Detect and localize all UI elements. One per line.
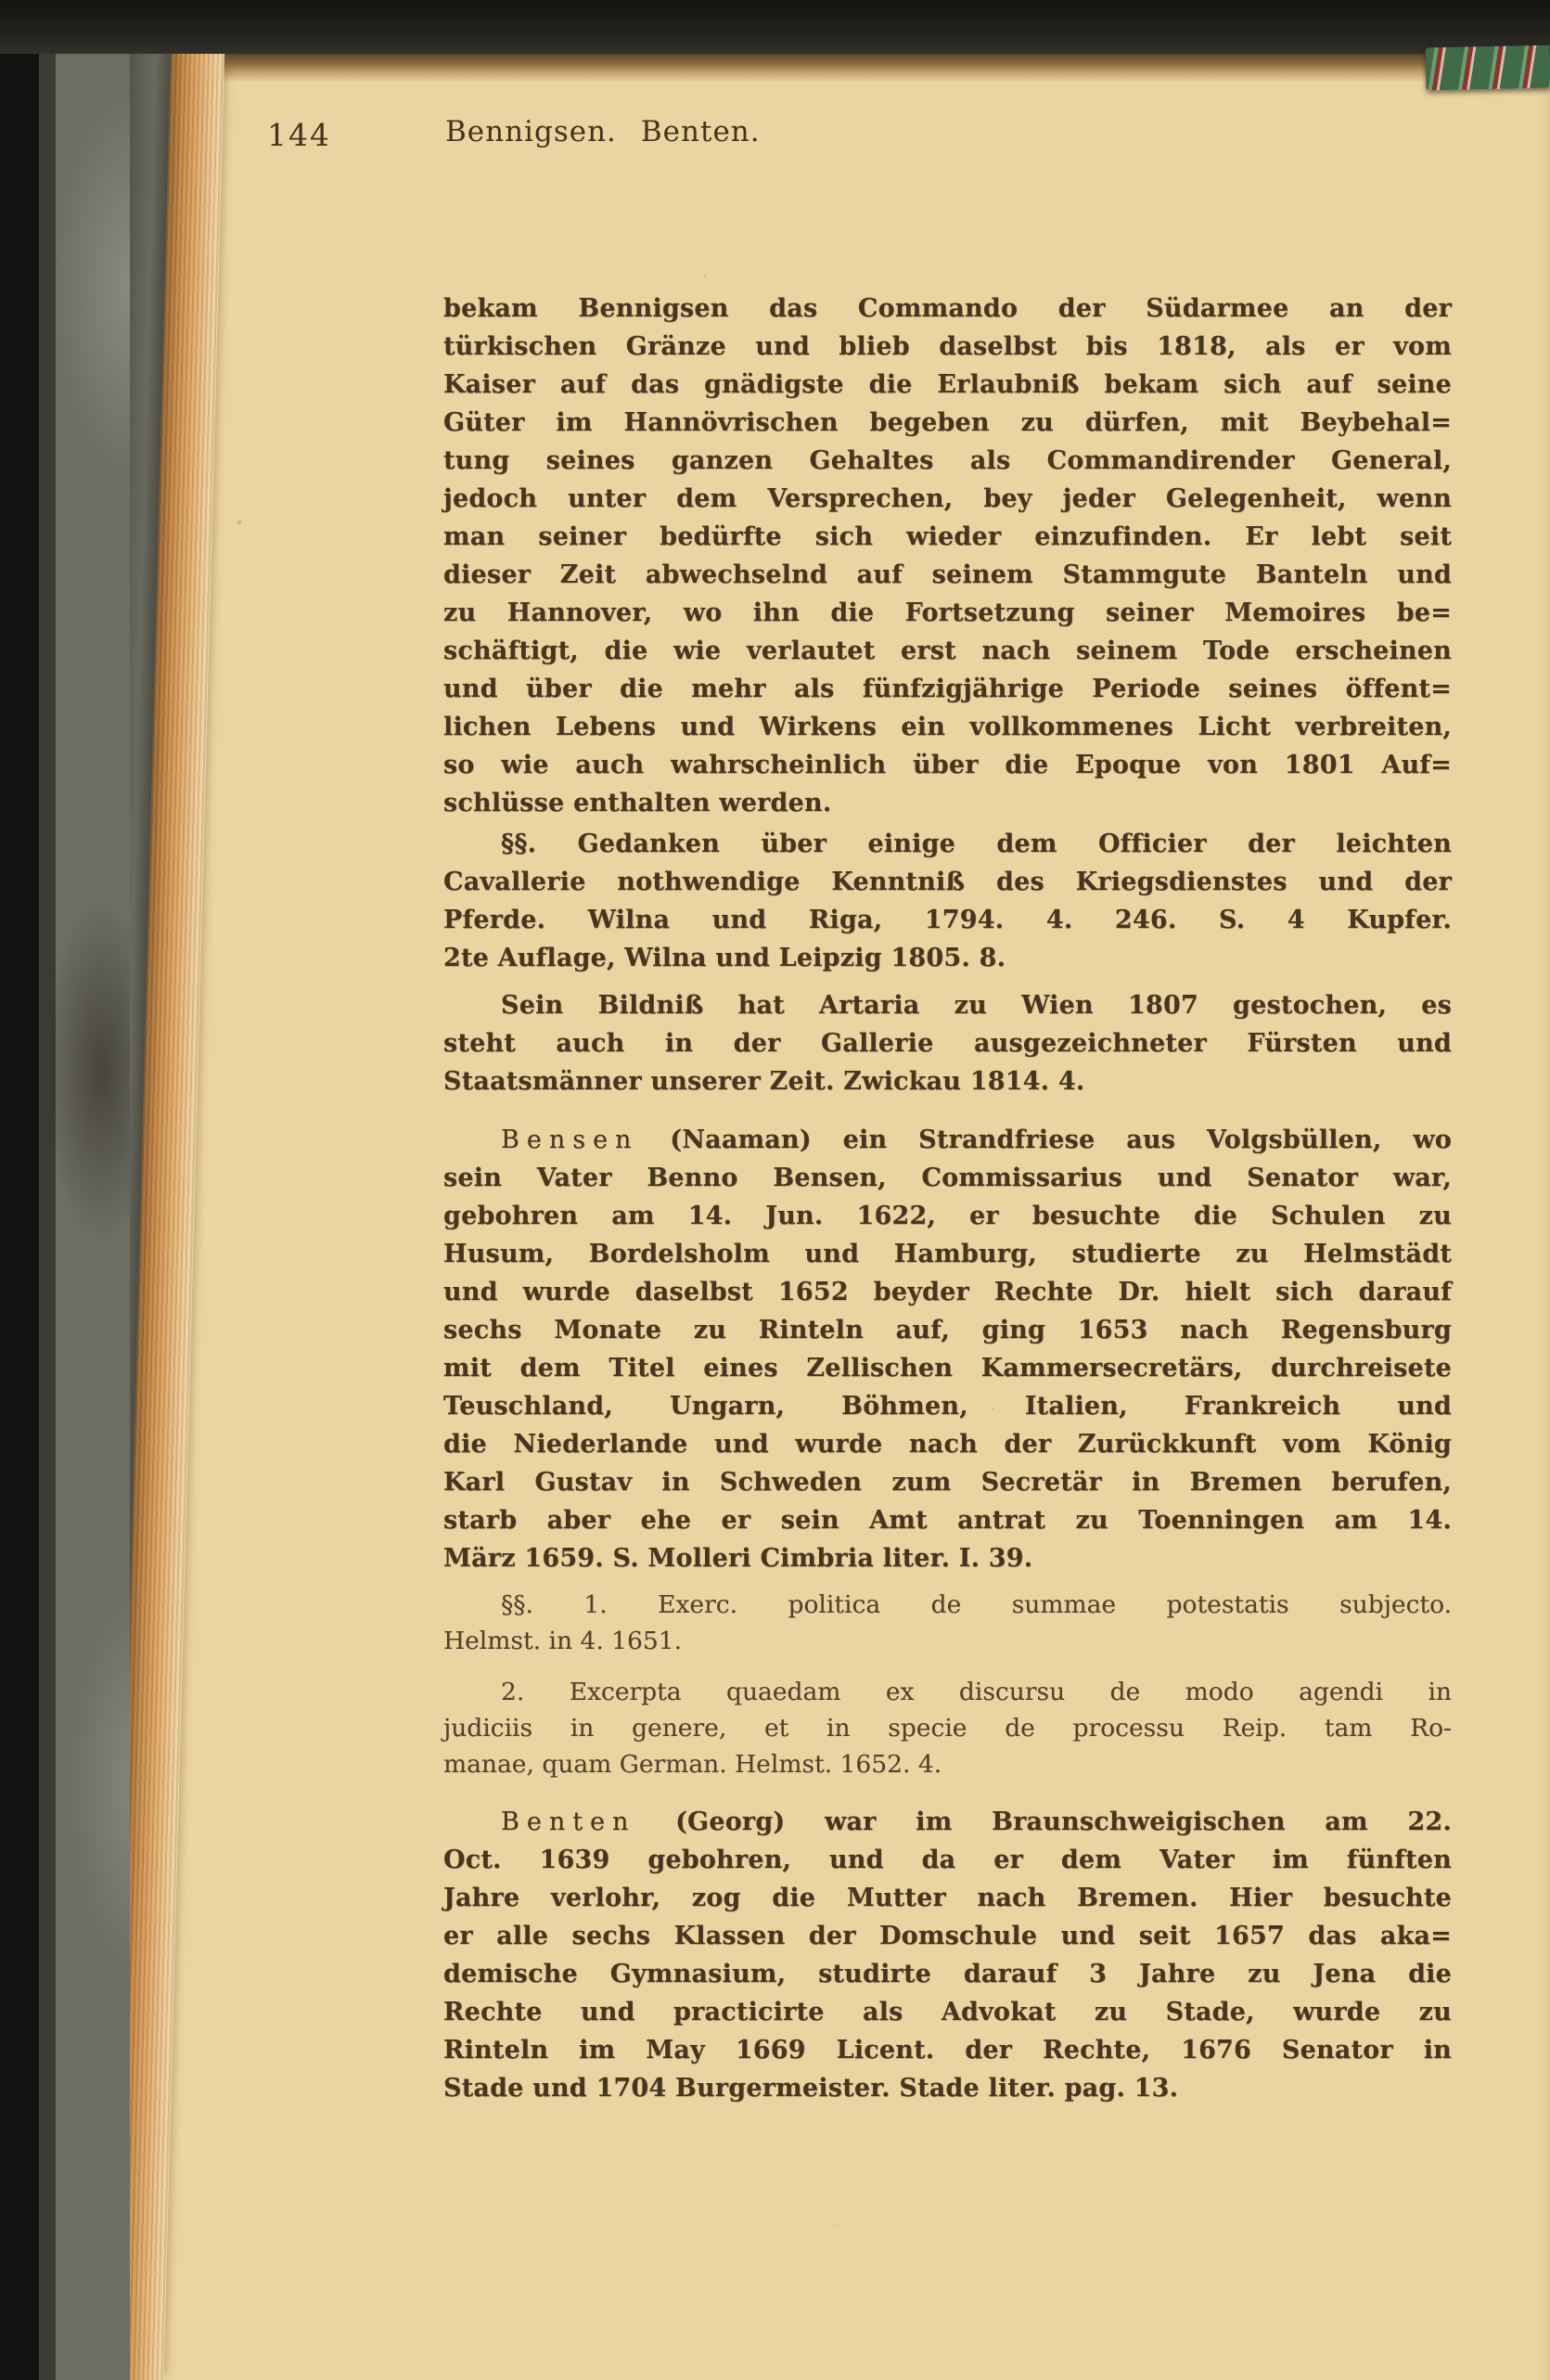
page-top-edge: [165, 54, 1550, 82]
text-line: §§. Gedanken über einige dem Officier de…: [443, 825, 1452, 863]
paragraph: bekam Bennigsen das Commando der Südarme…: [443, 289, 1452, 822]
text-line: die Niederlande und wurde nach der Zurüc…: [443, 1425, 1452, 1463]
book-page: 144 Bennigsen. Benten. bekam Bennigsen d…: [130, 54, 1550, 2380]
text-line: Sein Bildniß hat Artaria zu Wien 1807 ge…: [443, 986, 1452, 1024]
background-top-band: [0, 0, 1550, 54]
paragraph: Sein Bildniß hat Artaria zu Wien 1807 ge…: [443, 986, 1452, 1100]
text-line: 2te Auflage, Wilna und Leipzig 1805. 8.: [443, 939, 1452, 977]
text-line: Pferde. Wilna und Riga, 1794. 4. 246. S.…: [443, 901, 1452, 939]
text-line: lichen Lebens und Wirkens ein vollkommen…: [443, 708, 1452, 746]
text-line: dieser Zeit abwechselnd auf seinem Stamm…: [443, 556, 1452, 594]
text-line: Güter im Hannövrischen begeben zu dürfen…: [443, 404, 1452, 442]
text-line: starb aber ehe er sein Amt antrat zu Toe…: [443, 1501, 1452, 1539]
paragraph: Bensen (Naaman) ein Strandfriese aus Vol…: [443, 1121, 1452, 1577]
paragraph: §§. 1. Exerc. politica de summae potesta…: [443, 1587, 1452, 1659]
text-line: Kaiser auf das gnädigste die Erlaubniß b…: [443, 366, 1452, 404]
page-number: 144: [267, 117, 331, 153]
text-line: steht auch in der Gallerie ausgezeichnet…: [443, 1024, 1452, 1062]
text-line: zu Hannover, wo ihn die Fortsetzung sein…: [443, 594, 1452, 632]
text-line: schlüsse enthalten werden.: [443, 784, 1452, 822]
text-line: Teuschland, Ungarn, Böhmen, Italien, Fra…: [443, 1387, 1452, 1425]
text-line: Benten (Georg) war im Braunschweigischen…: [443, 1803, 1452, 1841]
paragraph: §§. Gedanken über einige dem Officier de…: [443, 825, 1452, 977]
text-line: Oct. 1639 gebohren, und da er dem Vater …: [443, 1841, 1452, 1879]
scanned-book-photo: 144 Bennigsen. Benten. bekam Bennigsen d…: [0, 0, 1550, 2380]
text-line: und über die mehr als fünfzigjährige Per…: [443, 670, 1452, 708]
text-line: Karl Gustav in Schweden zum Secretär in …: [443, 1463, 1452, 1501]
text-line: er alle sechs Klassen der Domschule und …: [443, 1917, 1452, 1955]
text-line: judiciis in genere, et in specie de proc…: [443, 1710, 1452, 1746]
book-edge-marbling: [1426, 45, 1550, 91]
text-line: türkischen Gränze und blieb daselbst bis…: [443, 328, 1452, 366]
text-line: demische Gymnasium, studirte darauf 3 Ja…: [443, 1955, 1452, 1993]
page-body: bekam Bennigsen das Commando der Südarme…: [443, 289, 1452, 2107]
running-header: Bennigsen. Benten.: [445, 115, 761, 148]
text-line: und wurde daselbst 1652 beyder Rechte Dr…: [443, 1273, 1452, 1311]
text-line: manae, quam German. Helmst. 1652. 4.: [443, 1746, 1452, 1782]
text-line: Husum, Bordelsholm und Hamburg, studiert…: [443, 1235, 1452, 1273]
text-line: Rechte und practicirte als Advokat zu St…: [443, 1993, 1452, 2031]
text-line: Helmst. in 4. 1651.: [443, 1623, 1452, 1659]
text-line: Staatsmänner unserer Zeit. Zwickau 1814.…: [443, 1062, 1452, 1100]
text-line: bekam Bennigsen das Commando der Südarme…: [443, 289, 1452, 328]
text-line: jedoch unter dem Versprechen, bey jeder …: [443, 480, 1452, 518]
entry-headword: Bensen: [501, 1126, 638, 1154]
text-line: Stade und 1704 Burgermeister. Stade lite…: [443, 2069, 1452, 2107]
paragraph: 2. Excerpta quaedam ex discursu de modo …: [443, 1674, 1452, 1782]
text-line: §§. 1. Exerc. politica de summae potesta…: [443, 1587, 1452, 1623]
text-line: sechs Monate zu Rinteln auf, ging 1653 n…: [443, 1311, 1452, 1349]
text-line: Rinteln im May 1669 Licent. der Rechte, …: [443, 2031, 1452, 2069]
text-line: Cavallerie nothwendige Kenntniß des Krie…: [443, 863, 1452, 901]
paragraph: Benten (Georg) war im Braunschweigischen…: [443, 1803, 1452, 2107]
text-line: Jahre verlohr, zog die Mutter nach Breme…: [443, 1879, 1452, 1917]
running-header-entry-left: Bennigsen.: [445, 115, 617, 148]
text-line: sein Vater Benno Bensen, Commissarius un…: [443, 1159, 1452, 1197]
text-line: schäftigt, die wie verlautet erst nach s…: [443, 632, 1452, 670]
running-header-entry-right: Benten.: [641, 115, 761, 148]
text-line: mit dem Titel eines Zellischen Kammersec…: [443, 1349, 1452, 1387]
text-line: man seiner bedürfte sich wieder einzufin…: [443, 518, 1452, 556]
text-line: tung seines ganzen Gehaltes als Commandi…: [443, 442, 1452, 480]
text-line: gebohren am 14. Jun. 1622, er besuchte d…: [443, 1197, 1452, 1235]
entry-headword: Benten: [501, 1808, 635, 1836]
text-line: März 1659. S. Molleri Cimbria liter. I. …: [443, 1539, 1452, 1577]
text-line: so wie auch wahrscheinlich über die Epoq…: [443, 746, 1452, 784]
text-line: 2. Excerpta quaedam ex discursu de modo …: [443, 1674, 1452, 1710]
text-line: Bensen (Naaman) ein Strandfriese aus Vol…: [443, 1121, 1452, 1159]
